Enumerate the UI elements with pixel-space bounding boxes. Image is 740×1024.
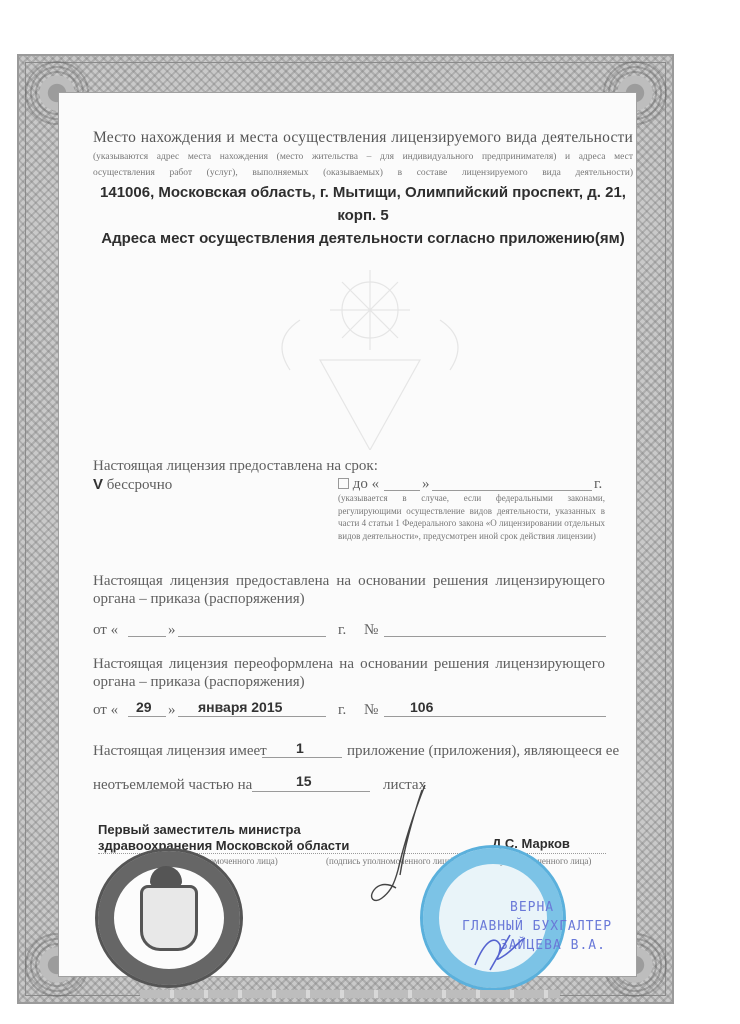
appendix-pages-field: [252, 791, 370, 792]
term-until-label: до «: [353, 476, 379, 492]
appendix-count-field: [262, 757, 342, 758]
granted-number-field: [384, 636, 606, 637]
granted-from-label: от «: [93, 622, 118, 639]
term-unlimited-option: V бессрочно: [93, 476, 172, 494]
reissued-basis-line2: органа – приказа (распоряжения): [93, 674, 305, 691]
granted-day-field: [128, 636, 166, 637]
location-note-line1: (указываются адрес места нахождения (мес…: [93, 152, 633, 162]
initials-signature-icon: [470, 930, 530, 975]
granted-number-label: №: [364, 622, 378, 639]
coat-of-arms-icon: [140, 885, 198, 951]
reissued-month-year-field: [178, 716, 326, 717]
signer-position-line2: здравоохранения Московской области: [98, 838, 349, 853]
reissued-basis-line1: Настоящая лицензия переоформлена на осно…: [93, 656, 605, 673]
term-unlimited-label: бессрочно: [107, 477, 172, 493]
term-heading: Настоящая лицензия предоставлена на срок…: [93, 458, 378, 475]
appendix-count-value: 1: [296, 740, 304, 756]
checkmark-icon: V: [93, 476, 103, 493]
reissued-number-field: [384, 716, 606, 717]
reissued-month-year-value: января 2015: [198, 699, 282, 715]
stamp-line1: ВЕРНА: [462, 898, 612, 917]
appendix-suffix: приложение (приложения), являющееся ее: [347, 743, 619, 760]
granted-basis-line2: органа – приказа (распоряжения): [93, 591, 305, 608]
term-month-year-field: [432, 490, 592, 491]
appendix-pages-value: 15: [296, 773, 312, 789]
address-line2: корп. 5: [93, 207, 633, 224]
term-day-field: [384, 490, 420, 491]
appendix-pages-label: неотъемлемой частью на: [93, 777, 252, 794]
reissued-from-label: от «: [93, 702, 118, 719]
addresses-appendix: Адреса мест осуществления деятельности с…: [93, 230, 633, 247]
term-note: (указывается в случае, если федеральными…: [338, 492, 605, 542]
appendix-has-label: Настоящая лицензия имеет: [93, 743, 267, 760]
term-year-suffix: г.: [594, 476, 602, 493]
location-note-line2: осуществления работ (услуг), выполняемых…: [93, 168, 633, 178]
reissued-day-value: 29: [136, 699, 152, 715]
reissued-number-value: 106: [410, 699, 433, 715]
granted-basis-line1: Настоящая лицензия предоставлена на осно…: [93, 573, 605, 590]
granted-quote-close: »: [168, 622, 176, 639]
microtext-band: [140, 990, 560, 998]
granted-month-year-field: [178, 636, 326, 637]
address-line1: 141006, Московская область, г. Мытищи, О…: [93, 184, 633, 201]
reissued-quote-close: »: [168, 702, 176, 719]
reissued-number-label: №: [364, 702, 378, 719]
reissued-year-suffix: г.: [338, 702, 346, 719]
signer-position-line1: Первый заместитель министра: [98, 822, 301, 837]
reissued-day-field: [128, 716, 166, 717]
granted-year-suffix: г.: [338, 622, 346, 639]
watermark-emblem-icon: [230, 250, 510, 450]
term-until-quote-close: »: [422, 476, 430, 493]
location-heading: Место нахождения и места осуществления л…: [93, 129, 633, 147]
checkbox-icon: [338, 478, 349, 489]
